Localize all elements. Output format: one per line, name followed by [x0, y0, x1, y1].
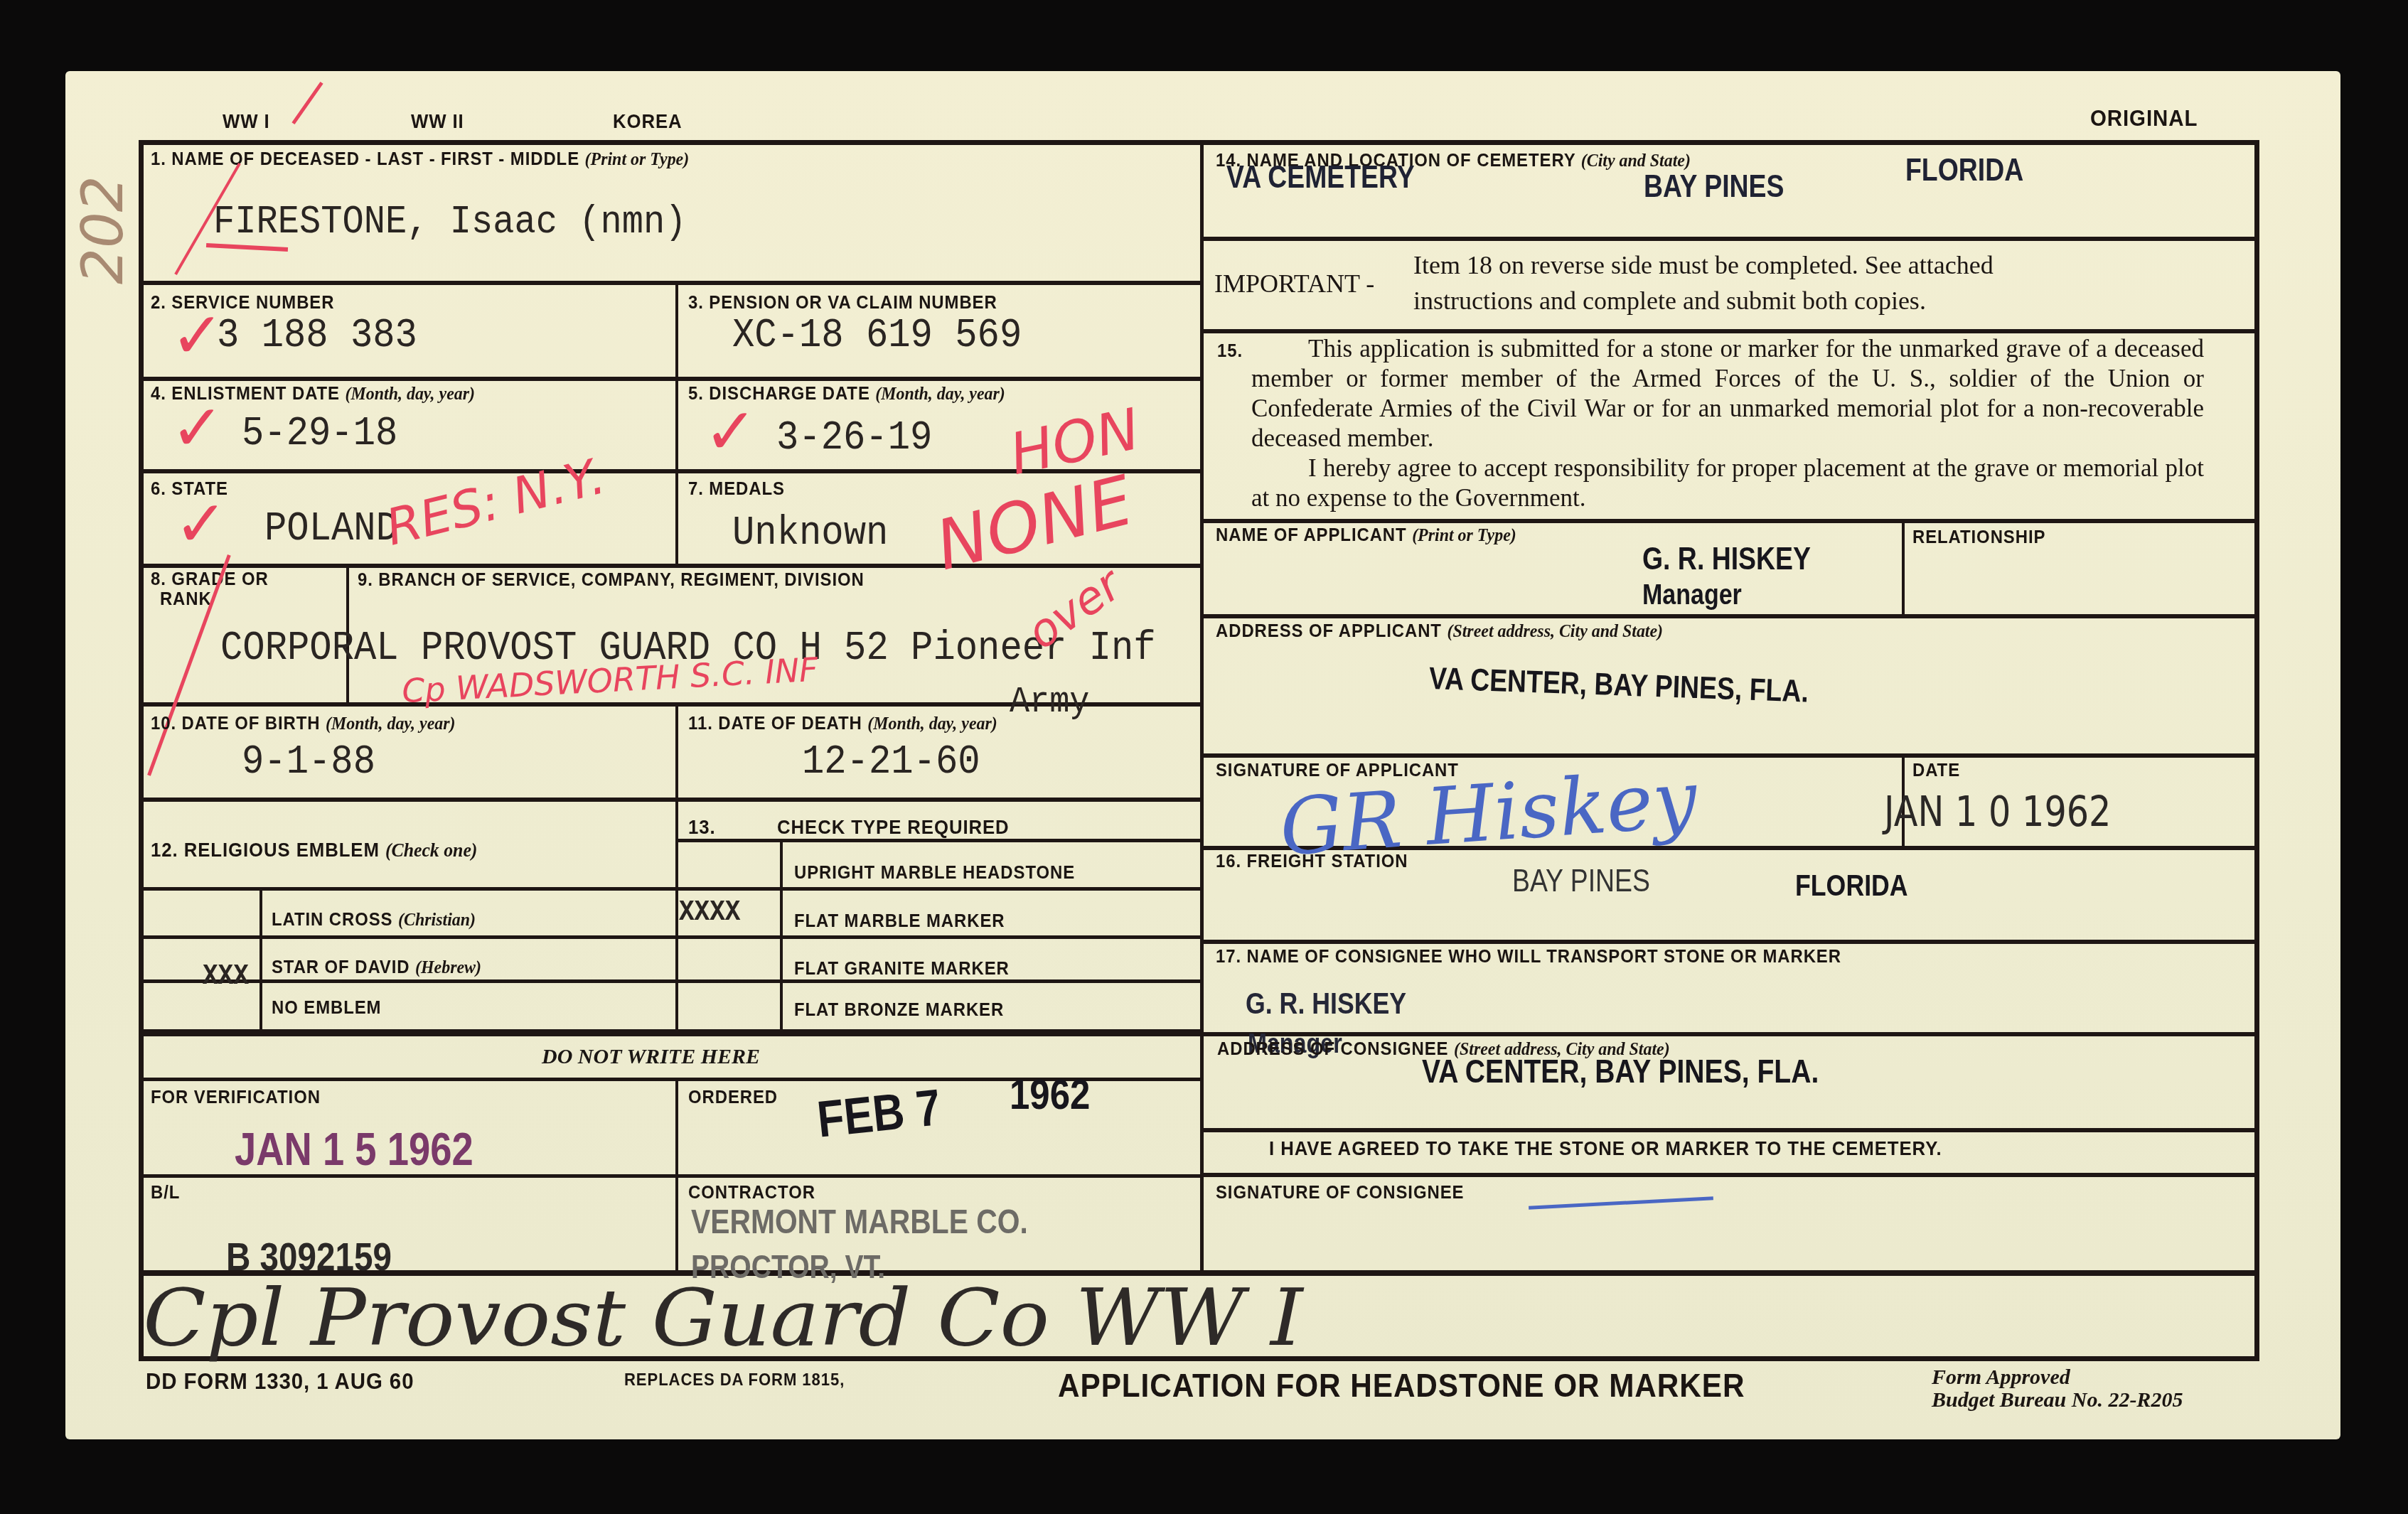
divider — [675, 702, 678, 1033]
field-15-text: This application is submitted for a ston… — [1251, 334, 2204, 513]
form-title: APPLICATION FOR HEADSTONE OR MARKER — [1058, 1366, 1745, 1405]
important-line-1: Item 18 on reverse side must be complete… — [1413, 250, 1994, 280]
important-line-2: instructions and complete and submit bot… — [1413, 286, 1926, 316]
handwritten-footer: Cpl Provost Guard Co WW I — [143, 1272, 1302, 1363]
red-check-icon: ✓ — [171, 391, 224, 466]
divider — [675, 839, 1202, 842]
divider — [139, 887, 1202, 891]
divider — [1202, 329, 2259, 333]
claim-number[interactable]: XC-18 619 569 — [732, 313, 1022, 359]
consignee-signature-label: SIGNATURE OF CONSIGNEE — [1216, 1181, 1464, 1203]
contractor-label: CONTRACTOR — [688, 1181, 815, 1203]
service-number[interactable]: 3 188 383 — [217, 313, 417, 359]
deceased-name[interactable]: FIRESTONE, Isaac (nmn) — [213, 199, 686, 245]
divider — [1202, 940, 2259, 944]
applicant-address-label: ADDRESS OF APPLICANT (Street address, Ci… — [1216, 620, 1663, 642]
discharge-date[interactable]: 3-26-19 — [776, 415, 932, 461]
red-check-icon: ✓ — [171, 299, 224, 373]
divider — [259, 887, 262, 1033]
freight-city[interactable]: BAY PINES — [1512, 864, 1650, 899]
type-check-mark: XXXX — [679, 897, 740, 929]
consignee-address[interactable]: VA CENTER, BAY PINES, FLA. — [1422, 1052, 1819, 1090]
emblem-option-star-of-david[interactable]: STAR OF DAVID (Hebrew) — [272, 956, 481, 978]
relationship-label: RELATIONSHIP — [1912, 526, 2045, 548]
field-13-label: CHECK TYPE REQUIRED — [777, 816, 1010, 839]
ordered-label: ORDERED — [688, 1086, 778, 1108]
type-option-flat-bronze[interactable]: FLAT BRONZE MARKER — [794, 999, 1004, 1021]
divider — [1202, 614, 2259, 618]
contractor-name: VERMONT MARBLE CO. — [691, 1203, 1028, 1242]
emblem-check-mark: XXX — [203, 961, 249, 993]
field-15-number: 15. — [1217, 340, 1243, 362]
state-value[interactable]: POLAND — [264, 506, 398, 552]
medals-value[interactable]: Unknown — [732, 510, 888, 557]
emblem-option-no-emblem[interactable]: NO EMBLEM — [272, 997, 381, 1019]
field-13-number: 13. — [688, 816, 716, 839]
verification-label: FOR VERIFICATION — [151, 1086, 321, 1108]
divider — [139, 564, 1202, 568]
emblem-option-latin-cross[interactable]: LATIN CROSS (Christian) — [272, 908, 476, 930]
cemetery-city[interactable]: BAY PINES — [1644, 169, 1784, 205]
type-option-flat-marble[interactable]: FLAT MARBLE MARKER — [794, 910, 1005, 932]
field-1-label: 1. NAME OF DECEASED - LAST - FIRST - MID… — [151, 148, 689, 170]
relationship-field[interactable] — [1912, 554, 2247, 604]
center-divider — [1200, 140, 1204, 1274]
divider — [139, 979, 1202, 983]
type-option-upright-marble[interactable]: UPRIGHT MARBLE HEADSTONE — [794, 861, 1075, 884]
field-9-label: 9. BRANCH OF SERVICE, COMPANY, REGIMENT,… — [358, 569, 865, 591]
divider — [139, 377, 1202, 381]
field-16-label: 16. FREIGHT STATION — [1216, 850, 1408, 872]
applicant-name[interactable]: G. R. HISKEY — [1642, 542, 1811, 577]
form-approved: Form Approved Budget Bureau No. 22-R205 — [1932, 1366, 2183, 1412]
ww2-label: WW II — [411, 110, 464, 133]
important-prefix: IMPORTANT - — [1214, 269, 1374, 299]
consignee-agreement: I HAVE AGREED TO TAKE THE STONE OR MARKE… — [1269, 1137, 1942, 1160]
red-check-icon: ✓ — [704, 394, 757, 469]
divider — [1202, 519, 2259, 523]
do-not-write-banner: DO NOT WRITE HERE — [542, 1045, 760, 1069]
freight-state[interactable]: FLORIDA — [1795, 869, 1908, 903]
applicant-name-label: NAME OF APPLICANT (Print or Type) — [1216, 524, 1516, 546]
branch-army: Army — [1010, 681, 1089, 723]
field-10-label: 10. DATE OF BIRTH (Month, day, year) — [151, 712, 456, 734]
cemetery-name[interactable]: VA CEMETERY — [1226, 160, 1415, 195]
field-17-label: 17. NAME OF CONSIGNEE WHO WILL TRANSPORT… — [1216, 945, 1841, 967]
bl-label: B/L — [151, 1181, 180, 1203]
verification-stamp: JAN 1 5 1962 — [235, 1123, 473, 1176]
field-11-label: 11. DATE OF DEATH (Month, day, year) — [688, 712, 997, 734]
date-of-birth[interactable]: 9-1-88 — [242, 739, 375, 785]
form-box — [139, 140, 2259, 1361]
divider — [139, 798, 1202, 802]
divider — [1202, 1173, 2259, 1177]
field-7-label: 7. MEDALS — [688, 478, 785, 500]
date-of-death[interactable]: 12-21-60 — [802, 739, 980, 785]
field-3-label: 3. PENSION OR VA CLAIM NUMBER — [688, 291, 997, 313]
divider — [675, 281, 678, 564]
divider — [139, 935, 1202, 939]
divider — [1202, 1128, 2259, 1132]
applicant-date[interactable]: JAN 1 0 1962 — [1884, 788, 2111, 836]
divider — [1902, 519, 1905, 616]
ww1-label: WW I — [223, 110, 270, 133]
consignee-name[interactable]: G. R. HISKEY — [1246, 987, 1406, 1021]
margin-note: 202 — [70, 176, 136, 284]
cemetery-state[interactable]: FLORIDA — [1905, 153, 2023, 188]
divider — [139, 1029, 1202, 1036]
replaces-form: REPLACES DA FORM 1815, — [624, 1370, 845, 1390]
korea-label: KOREA — [613, 110, 683, 133]
divider — [1202, 1032, 2259, 1036]
type-option-flat-granite[interactable]: FLAT GRANITE MARKER — [794, 957, 1010, 979]
divider — [139, 281, 1202, 285]
applicant-date-label: DATE — [1912, 759, 1960, 781]
divider — [1202, 237, 2259, 241]
divider — [1202, 753, 2259, 758]
original-label: ORIGINAL — [2090, 105, 2198, 131]
form-id: DD FORM 1330, 1 AUG 60 — [146, 1368, 414, 1395]
enlistment-date[interactable]: 5-29-18 — [242, 411, 397, 457]
applicant-title: Manager — [1642, 579, 1742, 611]
field-12-label: 12. RELIGIOUS EMBLEM (Check one) — [151, 839, 477, 862]
red-check-icon: ✓ — [174, 487, 228, 562]
ordered-year-stamp: 1962 — [1010, 1070, 1090, 1119]
